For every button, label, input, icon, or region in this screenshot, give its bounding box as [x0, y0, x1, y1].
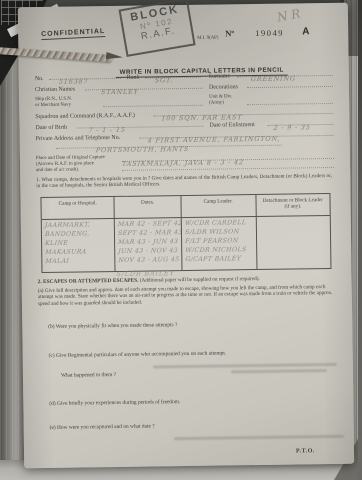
book-cover-right-edge	[358, 0, 362, 480]
raf-pow-questionnaire-form: CONFIDENTIAL BLOCK Nº 102 R.A.F. M.I. 9(…	[18, 3, 354, 469]
question-2e-text: (e) How were you recaptured and on what …	[50, 421, 340, 431]
header-camp-or-hospital: Camp or Hospital.	[41, 197, 115, 219]
dates-entry: NOV 43 - AUG 45	[118, 255, 178, 265]
dates-column: MAR 42 - SEPT 42 SEPT 42 - MAR 43 MAR 43…	[115, 218, 182, 271]
rank-field: SGT.	[145, 69, 201, 79]
christian-names-label: Christian Names	[35, 87, 75, 94]
unit-label-line1: Unit & Div.	[209, 94, 232, 100]
squadron-field: 100 SQN. FAR EAST	[153, 105, 333, 117]
address-field-line2: PORTSMOUTH, HANTS	[56, 137, 282, 149]
leader-entry: G/CAPT BAILEY	[185, 254, 254, 264]
camps-table: Camp or Hospital. Dates. Camp Leader. De…	[40, 193, 331, 273]
unit-label-line2: (Army)	[209, 100, 224, 106]
capture-value: TASIKMALAJA, JAVA 8 - 3 - 42	[122, 158, 245, 168]
series-letter: A	[302, 26, 309, 37]
decorations-field	[247, 78, 333, 88]
pencil-annotation: N R	[276, 6, 302, 24]
detachment-leader-column	[256, 216, 330, 269]
surname-label: Surname	[209, 73, 230, 79]
date-of-birth-label: Date of Birth	[35, 125, 67, 131]
camp-entry: MALAI	[45, 256, 112, 266]
question-2c-text: (c) Give Regimental particulars of anyon…	[49, 349, 339, 359]
date-of-birth-field: 7 - 1 - 15	[76, 118, 203, 129]
mi9-reference: M.I. 9(AP)	[197, 36, 218, 41]
question-2a-text: (a) Give full description and approx. da…	[38, 284, 342, 307]
form-serial-number: 19049	[255, 28, 284, 38]
header-dates: Dates.	[115, 196, 182, 218]
decorations-label: Decorations	[209, 84, 238, 90]
header-camp-leader: Camp Leader.	[181, 195, 256, 217]
ink-showthrough-smudge	[174, 435, 344, 440]
question-1-text: 1. What camps, detachments or hospitals …	[36, 173, 336, 190]
section-2-title: 2. ESCAPES OR ATTEMPTED ESCAPES.	[38, 278, 139, 285]
christian-names-value: STANLEY	[101, 88, 139, 97]
surname-field: GREENING	[237, 67, 333, 77]
christian-names-field: STANLEY	[85, 80, 203, 91]
date-of-enlistment-field: 2 - 9 - 35	[267, 116, 333, 126]
ink-showthrough-smudge	[153, 363, 337, 369]
ship-label-line2: or Merchant Navy	[35, 103, 71, 109]
header-detachment-leader: Detachment or Block Leader (if any).	[256, 194, 330, 216]
ink-showthrough-smudge	[231, 369, 327, 373]
capture-field: TASIKMALAJA, JAVA 8 - 3 - 42	[122, 150, 334, 162]
camps-table-body: JAARMARKT, BANDOENG, KLINE MAKASURA MALA…	[42, 216, 331, 272]
question-2d-text: (d) Give briefly your experiences during…	[49, 397, 339, 407]
camp-names-column: JAARMARKT, BANDOENG, KLINE MAKASURA MALA…	[42, 219, 116, 272]
no-field: 516387	[49, 70, 121, 80]
confidential-label: CONFIDENTIAL	[41, 28, 105, 40]
section-2-note: (Additional paper will be supplied on re…	[140, 276, 260, 284]
date-of-birth-value: 7 - 1 - 15	[88, 126, 126, 135]
number-symbol: Nº	[225, 28, 234, 38]
no-label: No.	[35, 76, 44, 82]
block-number-stamp: BLOCK Nº 102 R.A.F.	[119, 0, 196, 57]
camp-leader-column: W/CDR CARDELL S/LDR WILSON F/LT PEARSON …	[181, 217, 257, 270]
scanned-document-photo: CONFIDENTIAL BLOCK Nº 102 R.A.F. M.I. 9(…	[0, 0, 362, 480]
question-2b-text: (b) Were you physically fit when you mad…	[48, 320, 338, 330]
capture-label-line3: and date of a/c crash).	[36, 167, 79, 173]
please-turn-over-label: P.T.O.	[296, 448, 315, 454]
